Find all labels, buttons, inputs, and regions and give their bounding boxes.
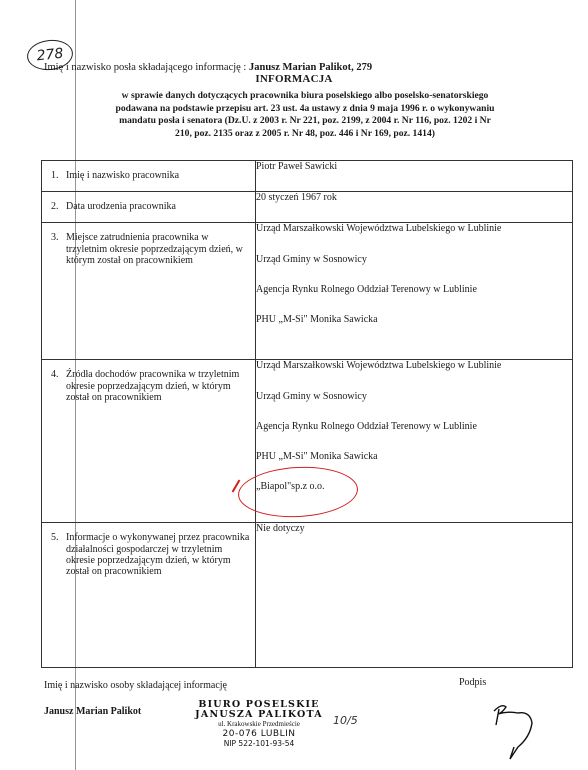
subtitle-line: w sprawie danych dotyczących pracownika … — [40, 90, 570, 103]
row-number: 1. — [51, 170, 66, 181]
handwritten-address-number: 10/5 — [333, 714, 358, 727]
label-cell: 1. Imię i nazwisko pracownika — [42, 161, 256, 192]
income-source: Urząd Gminy w Sosnowicy — [256, 391, 572, 402]
employment-place: Agencja Rynku Rolnego Oddział Terenowy w… — [256, 284, 572, 295]
stamp-line: 20-076 LUBLIN — [184, 729, 334, 739]
label-cell: 5. Informacje o wykonywanej przez pracow… — [42, 523, 256, 668]
label-cell: 4. Źródła dochodów pracownika w trzyletn… — [42, 360, 256, 523]
submitter-label: Imię i nazwisko osoby składającej inform… — [44, 680, 227, 691]
subtitle-line: 210, poz. 2135 oraz z 2005 r. Nr 48, poz… — [40, 128, 570, 141]
row-number: 4. — [51, 369, 66, 403]
income-source: Agencja Rynku Rolnego Oddział Terenowy w… — [256, 421, 572, 432]
employee-info-table: 1. Imię i nazwisko pracownika Piotr Pawe… — [41, 160, 573, 668]
employment-place: Urząd Gminy w Sosnowicy — [256, 254, 572, 265]
row-number: 5. — [51, 532, 66, 577]
income-source: PHU „M-Si" Monika Sawicka — [256, 451, 572, 462]
row-label: Imię i nazwisko pracownika — [66, 170, 251, 181]
table-row: 3. Miejsce zatrudnienia pracownika w trz… — [42, 223, 573, 360]
red-circle-mark — [237, 464, 359, 520]
row-label: Informacje o wykonywanej przez pracownik… — [66, 532, 251, 577]
value-cell: Urząd Marszałkowski Województwa Lubelski… — [256, 223, 573, 360]
row-label: Data urodzenia pracownika — [66, 201, 251, 212]
employment-place: PHU „M-Si" Monika Sawicka — [256, 314, 572, 325]
value-cell: Urząd Marszałkowski Województwa Lubelski… — [256, 360, 573, 523]
declarant-name: Janusz Marian Palikot, 279 — [249, 62, 372, 73]
document-subtitle: w sprawie danych dotyczących pracownika … — [40, 90, 570, 140]
table-row: 2. Data urodzenia pracownika 20 styczeń … — [42, 192, 573, 223]
subtitle-line: mandatu posła i senatora (Dz.U. z 2003 r… — [40, 115, 570, 128]
row-label: Miejsce zatrudnienia pracownika w trzyle… — [66, 232, 251, 266]
signature-icon — [488, 695, 548, 765]
table-row: 4. Źródła dochodów pracownika w trzyletn… — [42, 360, 573, 523]
row-number: 3. — [51, 232, 66, 266]
table-row: 1. Imię i nazwisko pracownika Piotr Pawe… — [42, 161, 573, 192]
document-title: INFORMACJA — [0, 73, 588, 85]
stamp-line: JANUSZA PALIKOTA — [184, 710, 334, 720]
table-row: 5. Informacje o wykonywanej przez pracow… — [42, 523, 573, 668]
stamp-line: ul. Krakowskie Przedmieście — [184, 720, 334, 729]
subtitle-line: podawana na podstawie przepisu art. 23 u… — [40, 103, 570, 116]
signature-label: Podpis — [459, 677, 486, 688]
row-label: Źródła dochodów pracownika w trzyletnim … — [66, 369, 251, 403]
value-cell: Piotr Paweł Sawicki — [256, 161, 573, 192]
declarant-label: Imię i nazwisko posła składającego infor… — [44, 62, 249, 73]
row-number: 2. — [51, 201, 66, 212]
submitter-name: Janusz Marian Palikot — [44, 706, 141, 717]
value-cell: 20 styczeń 1967 rok — [256, 192, 573, 223]
label-cell: 2. Data urodzenia pracownika — [42, 192, 256, 223]
stamp-line: NIP 522-101-93-54 — [184, 739, 334, 748]
declarant-line: Imię i nazwisko posła składającego infor… — [44, 62, 372, 73]
office-stamp: BIURO POSELSKIE JANUSZA PALIKOTA ul. Kra… — [184, 700, 334, 748]
value-cell: Nie dotyczy — [256, 523, 573, 668]
label-cell: 3. Miejsce zatrudnienia pracownika w trz… — [42, 223, 256, 360]
business-activity: Nie dotyczy — [256, 523, 572, 534]
income-source-highlighted: „Biapol"sp.z o.o. — [256, 481, 572, 492]
employee-name: Piotr Paweł Sawicki — [256, 161, 572, 172]
birth-date: 20 styczeń 1967 rok — [256, 192, 572, 203]
income-source: Urząd Marszałkowski Województwa Lubelski… — [256, 360, 572, 371]
employment-place: Urząd Marszałkowski Województwa Lubelski… — [256, 223, 572, 234]
red-annotation: „Biapol"sp.z o.o. — [256, 481, 325, 492]
